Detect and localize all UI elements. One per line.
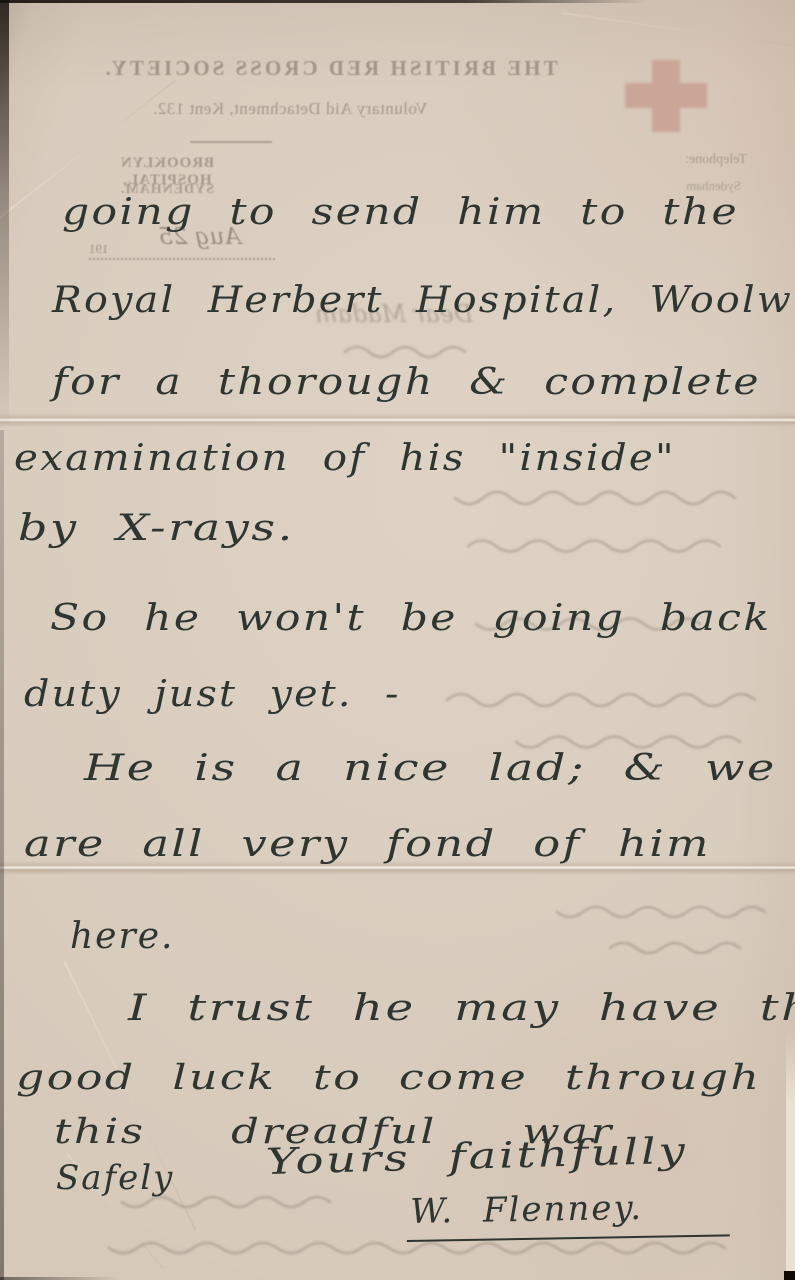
handwriting-line-1: going to send him to the [62,192,739,233]
signature: W. Flenney. [406,1186,729,1242]
handwriting-line-9: are all very fond of him [24,824,711,865]
handwriting-layer: going to send him to the Royal Herbert H… [0,0,795,1280]
scan-edge-left-lower [0,430,4,1280]
scan-edge-left [0,0,9,430]
paper-edge-right [786,1030,795,1280]
handwriting-line-10: here. [70,916,174,957]
scan-edge-top [0,0,648,3]
handwriting-line-8: He is a nice lad; & we [84,748,777,789]
handwriting-line-5: by X-rays. [18,508,295,549]
handwriting-line-12: good luck to come through [16,1058,761,1098]
handwriting-line-7: duty just yet. - [24,674,401,715]
handwriting-line-6: So he won't be going back to [50,598,795,639]
handwriting-line-11: I trust he may have the [128,988,795,1029]
scan-corner-bottom-right [784,1271,795,1280]
handwriting-line-safely: Safely [56,1158,174,1198]
handwriting-line-4: examination of his "inside" [14,438,676,479]
handwriting-line-3: for a thorough & complete [52,362,761,403]
letter-page: THE BRITISH RED CROSS SOCIETY. Voluntary… [0,0,795,1280]
handwriting-line-2: Royal Herbert Hospital, Woolwich [52,280,795,321]
